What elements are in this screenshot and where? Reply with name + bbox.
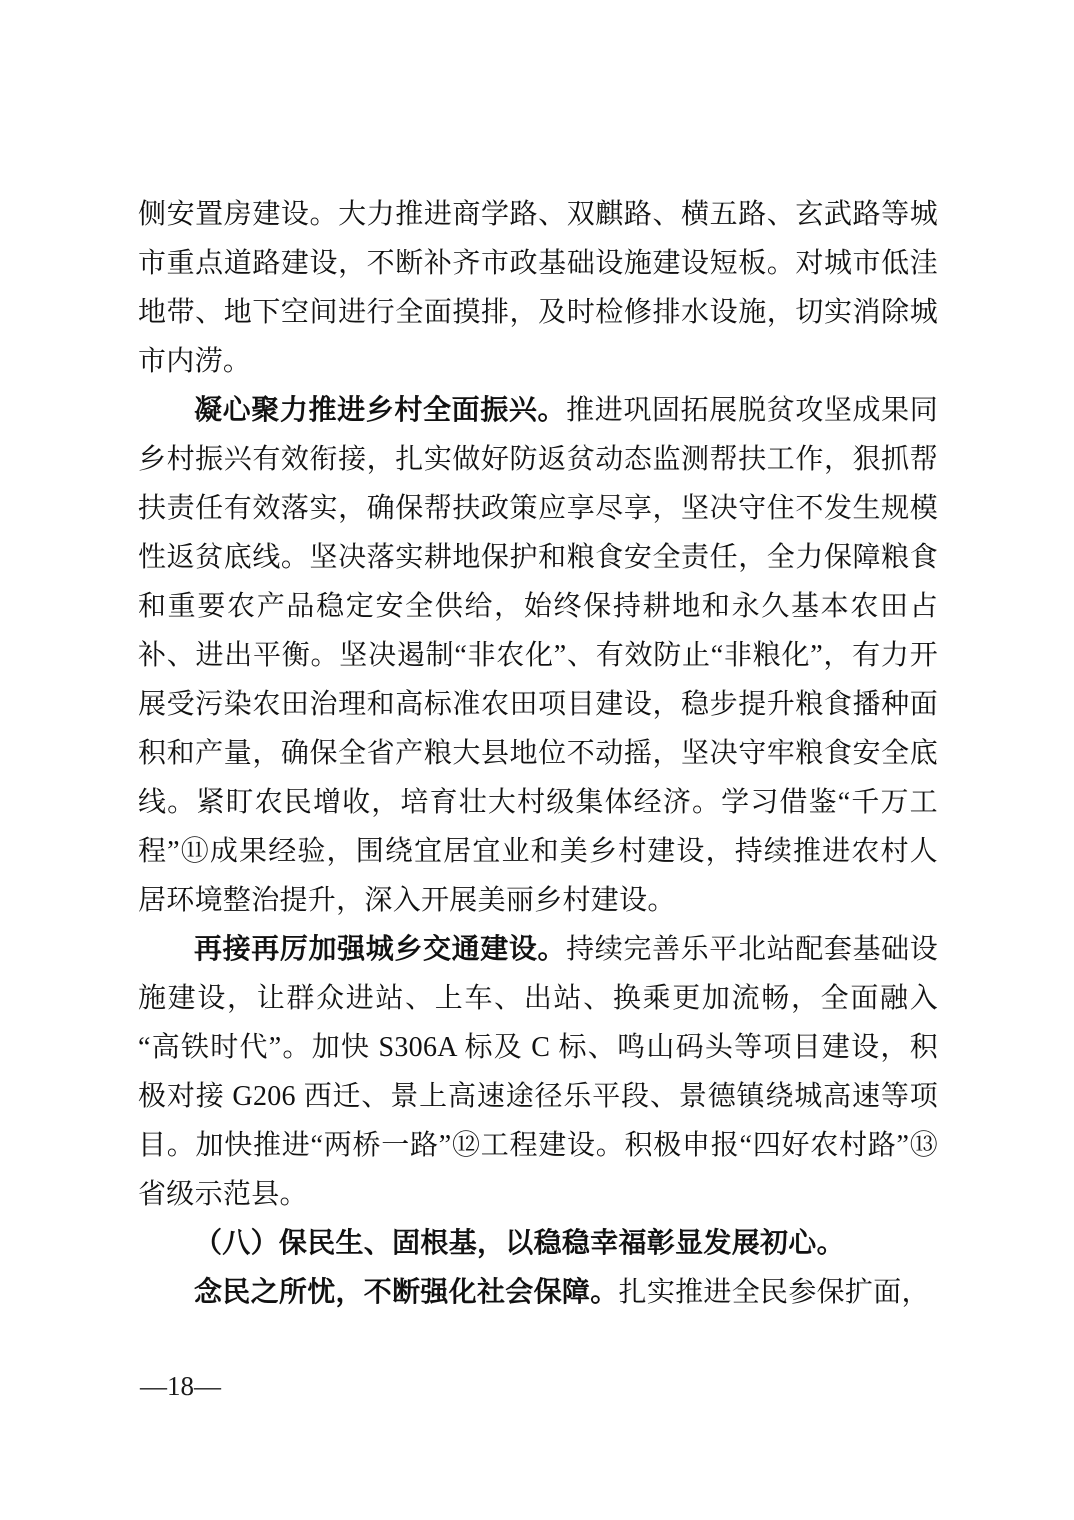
paragraph-lead-bold: 凝心聚力推进乡村全面振兴。 <box>194 395 566 426</box>
paragraph: 凝心聚力推进乡村全面振兴。推进巩固拓展脱贫攻坚成果同乡村振兴有效衔接，扎实做好防… <box>138 386 938 925</box>
paragraph-lead-bold: （八）保民生、固根基，以稳稳幸福彰显发展初心。 <box>194 1228 845 1259</box>
document-body: 侧安置房建设。大力推进商学路、双麒路、横五路、玄武路等城市重点道路建设，不断补齐… <box>138 190 938 1317</box>
paragraph: 侧安置房建设。大力推进商学路、双麒路、横五路、玄武路等城市重点道路建设，不断补齐… <box>138 190 938 386</box>
paragraph-lead-bold: 再接再厉加强城乡交通建设。 <box>194 934 566 965</box>
paragraph-text: 侧安置房建设。大力推进商学路、双麒路、横五路、玄武路等城市重点道路建设，不断补齐… <box>138 199 938 377</box>
paragraph: （八）保民生、固根基，以稳稳幸福彰显发展初心。 <box>138 1219 938 1268</box>
document-page: 侧安置房建设。大力推进商学路、双麒路、横五路、玄武路等城市重点道路建设，不断补齐… <box>0 0 1074 1520</box>
paragraph: 再接再厉加强城乡交通建设。持续完善乐平北站配套基础设施建设，让群众进站、上车、出… <box>138 925 938 1219</box>
page-number: —18— <box>140 1371 221 1401</box>
paragraph-text: 推进巩固拓展脱贫攻坚成果同乡村振兴有效衔接，扎实做好防返贫动态监测帮扶工作，狠抓… <box>138 395 938 916</box>
paragraph-lead-bold: 念民之所忧，不断强化社会保障。 <box>194 1277 619 1308</box>
page-footer: —18— <box>140 1370 221 1402</box>
paragraph-text: 扎实推进全民参保扩面， <box>619 1277 930 1308</box>
paragraph-text: 持续完善乐平北站配套基础设施建设，让群众进站、上车、出站、换乘更加流畅，全面融入… <box>138 934 938 1210</box>
paragraph: 念民之所忧，不断强化社会保障。扎实推进全民参保扩面， <box>138 1268 938 1317</box>
